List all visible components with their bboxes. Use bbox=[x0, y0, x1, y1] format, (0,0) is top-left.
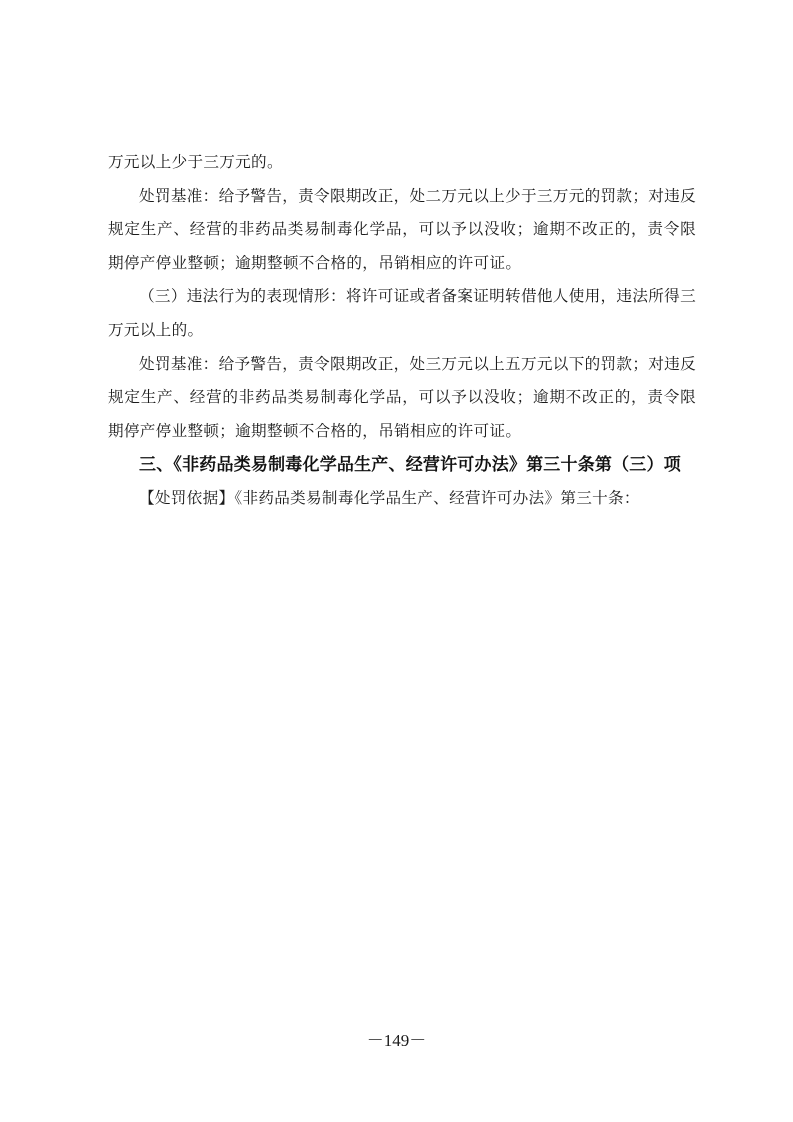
paragraph-violation-case-3: （三）违法行为的表现情形：将许可证或者备案证明转借他人使用，违法所得三万元以上的… bbox=[108, 280, 696, 347]
paragraph-continuation: 万元以上少于三万元的。 bbox=[108, 146, 696, 180]
page-number: －149－ bbox=[0, 1026, 793, 1051]
paragraph-penalty-basis: 【处罚依据】《非药品类易制毒化学品生产、经营许可办法》第三十条： bbox=[108, 482, 696, 516]
page-body: 万元以上少于三万元的。 处罚基准：给予警告，责令限期改正，处二万元以上少于三万元… bbox=[108, 146, 696, 516]
paragraph-penalty-standard-2: 处罚基准：给予警告，责令限期改正，处二万元以上少于三万元的罚款；对违反规定生产、… bbox=[108, 180, 696, 281]
section-heading: 三、《非药品类易制毒化学品生产、经营许可办法》第三十条第（三）项 bbox=[108, 448, 696, 482]
paragraph-penalty-standard-3: 处罚基准：给予警告，责令限期改正，处三万元以上五万元以下的罚款；对违反规定生产、… bbox=[108, 348, 696, 449]
